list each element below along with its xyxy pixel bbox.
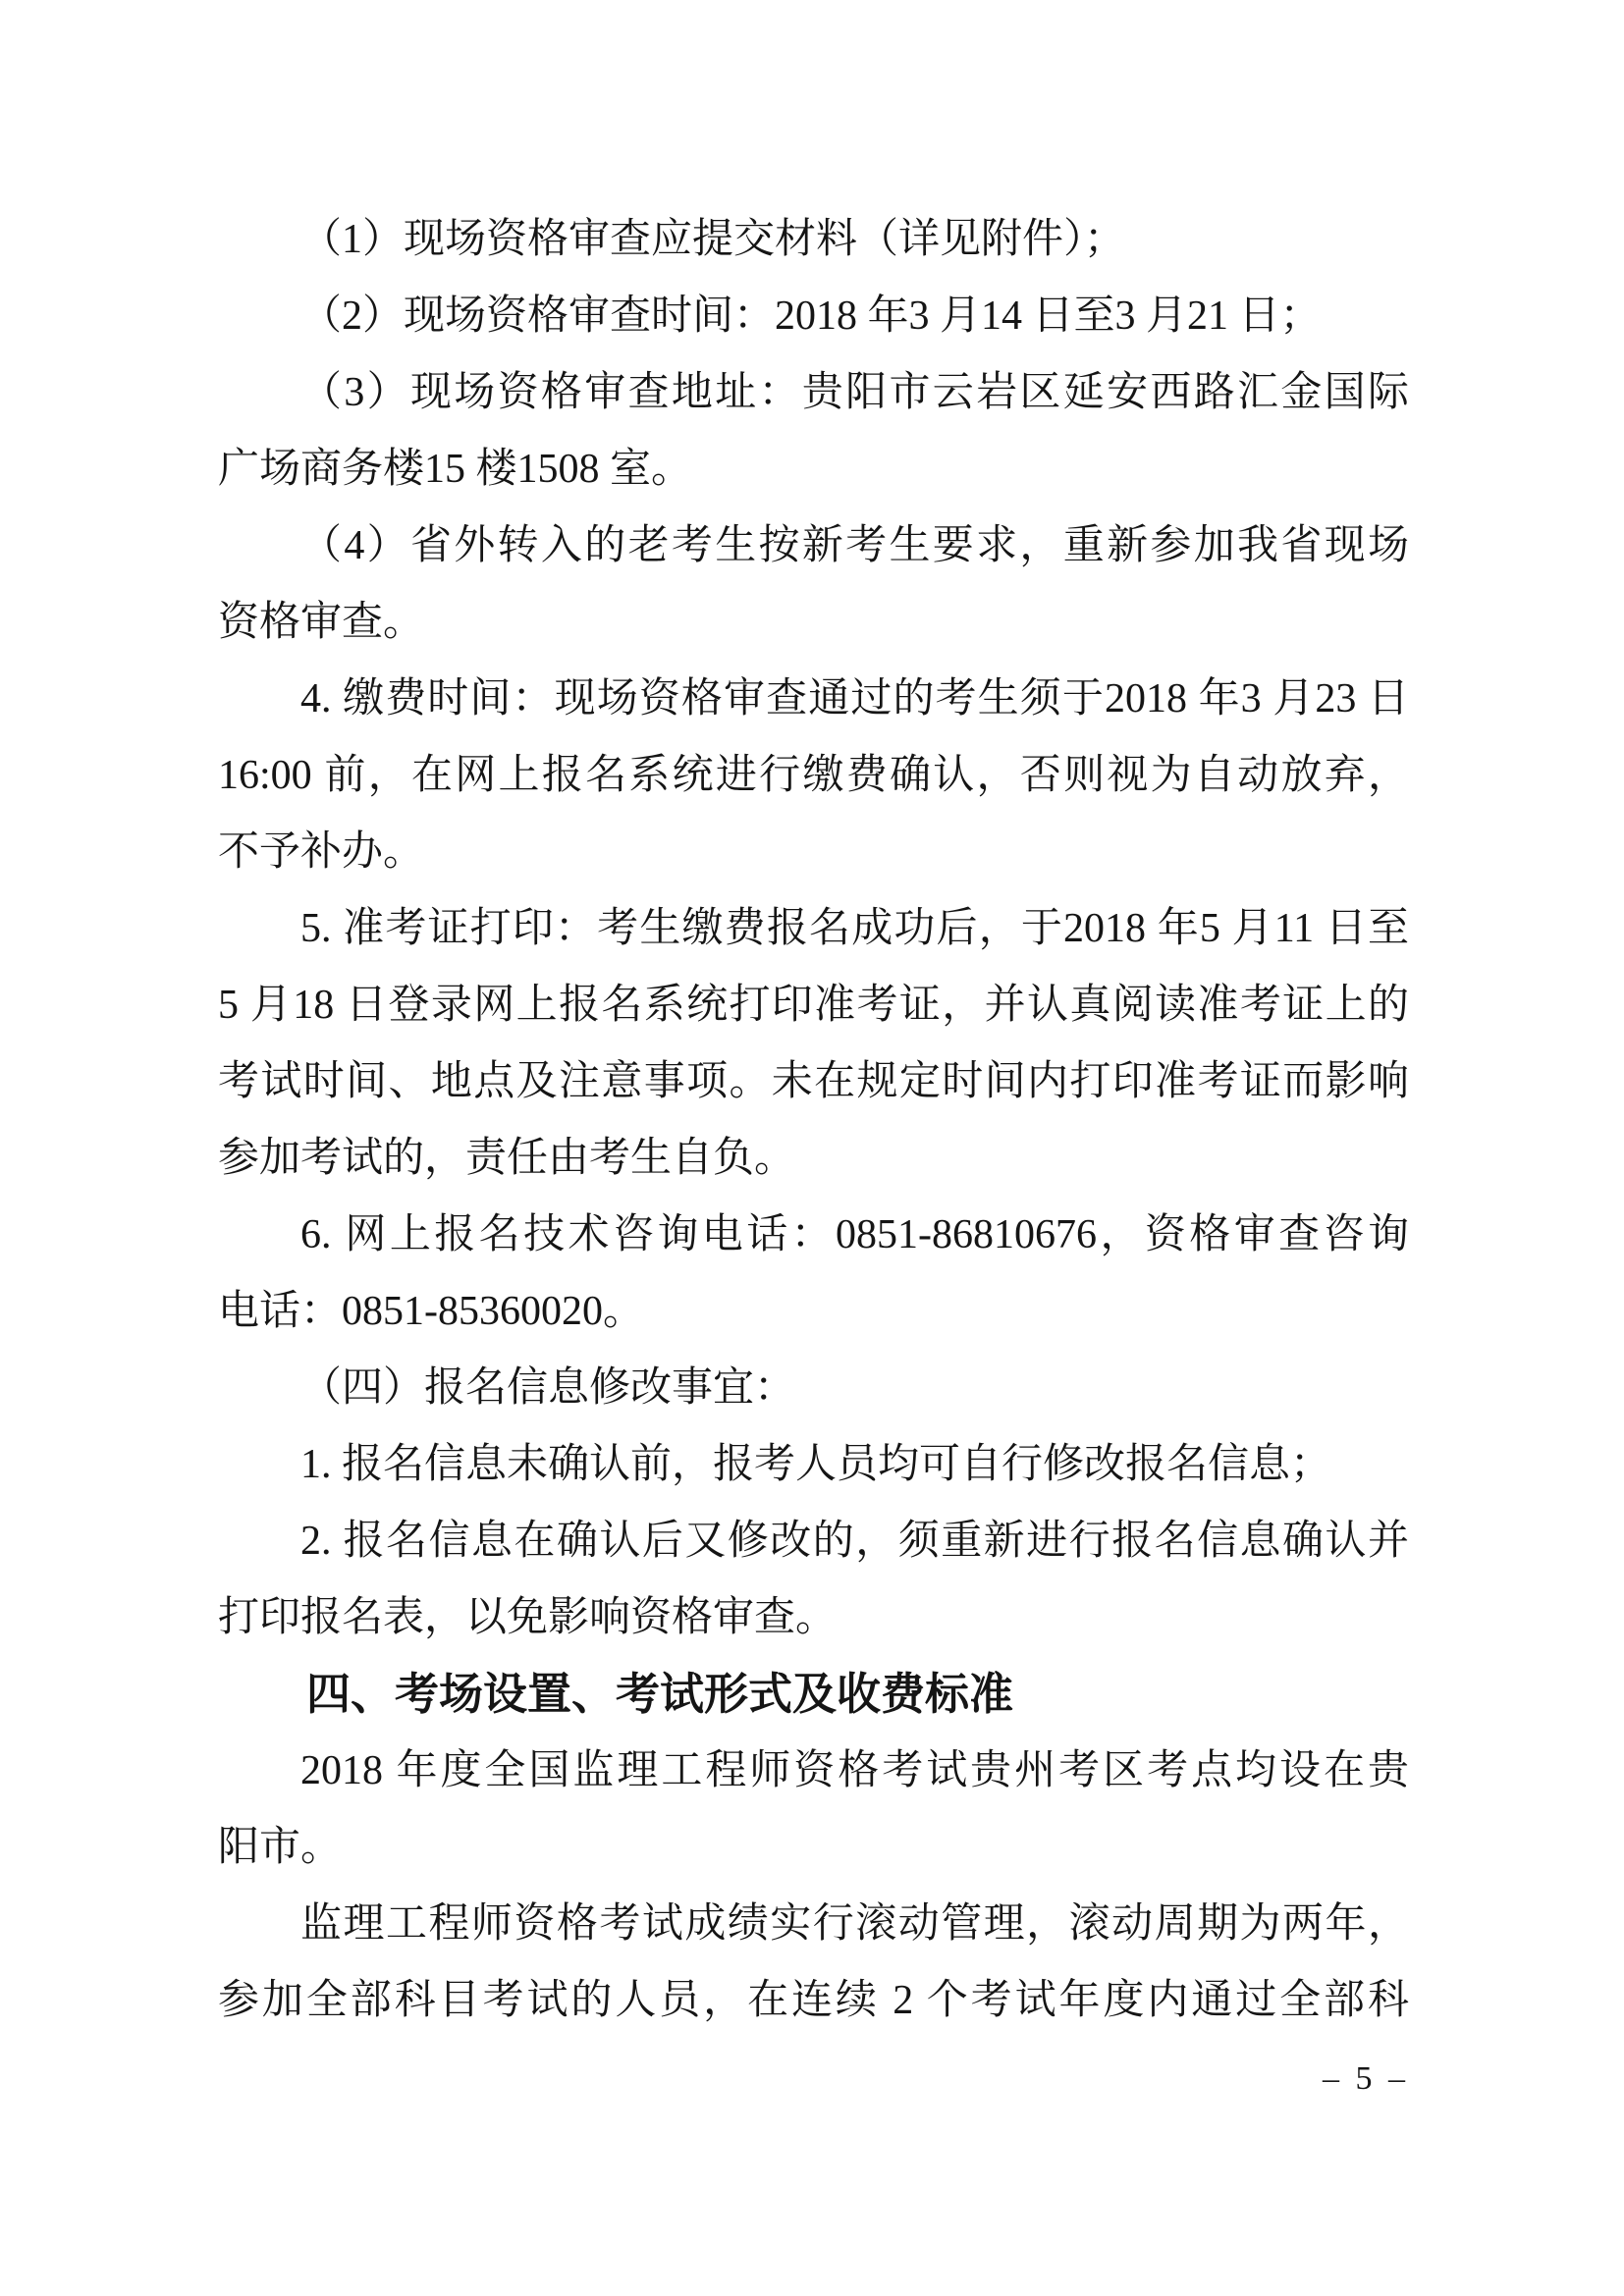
text-line: 打印报名表，以免影响资格审查。 [218, 1579, 1409, 1656]
text-line: 6. 网上报名技术咨询电话：0851-86810676，资格审查咨询 [218, 1197, 1409, 1273]
text-line: 监理工程师资格考试成绩实行滚动管理，滚动周期为两年， [218, 1886, 1409, 1962]
text-line: 1. 报名信息未确认前，报考人员均可自行修改报名信息； [218, 1426, 1409, 1503]
text-line: 阳市。 [218, 1809, 1409, 1886]
text-line: 资格审查。 [218, 584, 1409, 661]
text-line: 参加考试的，责任由考生自负。 [218, 1120, 1409, 1197]
document-text: （1）现场资格审查应提交材料（详见附件）； （2）现场资格审查时间：2018 年… [218, 201, 1409, 2039]
text-line: （4）省外转入的老考生按新考生要求，重新参加我省现场 [218, 507, 1409, 584]
text-line: 4. 缴费时间：现场资格审查通过的考生须于2018 年3 月23 日 [218, 661, 1409, 737]
text-line: 参加全部科目考试的人员，在连续 2 个考试年度内通过全部科 [218, 1962, 1409, 2039]
text-line: （2）现场资格审查时间：2018 年3 月14 日至3 月21 日； [218, 278, 1409, 354]
document-page: （1）现场资格审查应提交材料（详见附件）； （2）现场资格审查时间：2018 年… [0, 0, 1624, 2296]
section-heading: 四、考场设置、考试形式及收费标准 [218, 1656, 1409, 1733]
text-line: 5. 准考证打印：考生缴费报名成功后，于2018 年5 月11 日至 [218, 890, 1409, 967]
text-line: 5 月18 日登录网上报名系统打印准考证，并认真阅读准考证上的 [218, 967, 1409, 1043]
text-line: 不予补办。 [218, 814, 1409, 890]
text-line: 广场商务楼15 楼1508 室。 [218, 431, 1409, 507]
page-number: – 5 – [1323, 2057, 1409, 2101]
text-line: 2. 报名信息在确认后又修改的，须重新进行报名信息确认并 [218, 1503, 1409, 1579]
text-line: （四）报名信息修改事宜： [218, 1350, 1409, 1426]
text-line: 2018 年度全国监理工程师资格考试贵州考区考点均设在贵 [218, 1733, 1409, 1809]
text-line: （3）现场资格审查地址：贵阳市云岩区延安西路汇金国际 [218, 354, 1409, 431]
text-line: 电话：0851-85360020。 [218, 1273, 1409, 1350]
text-line: （1）现场资格审查应提交材料（详见附件）； [218, 201, 1409, 278]
text-line: 考试时间、地点及注意事项。未在规定时间内打印准考证而影响 [218, 1043, 1409, 1120]
text-line: 16:00 前，在网上报名系统进行缴费确认，否则视为自动放弃， [218, 737, 1409, 814]
